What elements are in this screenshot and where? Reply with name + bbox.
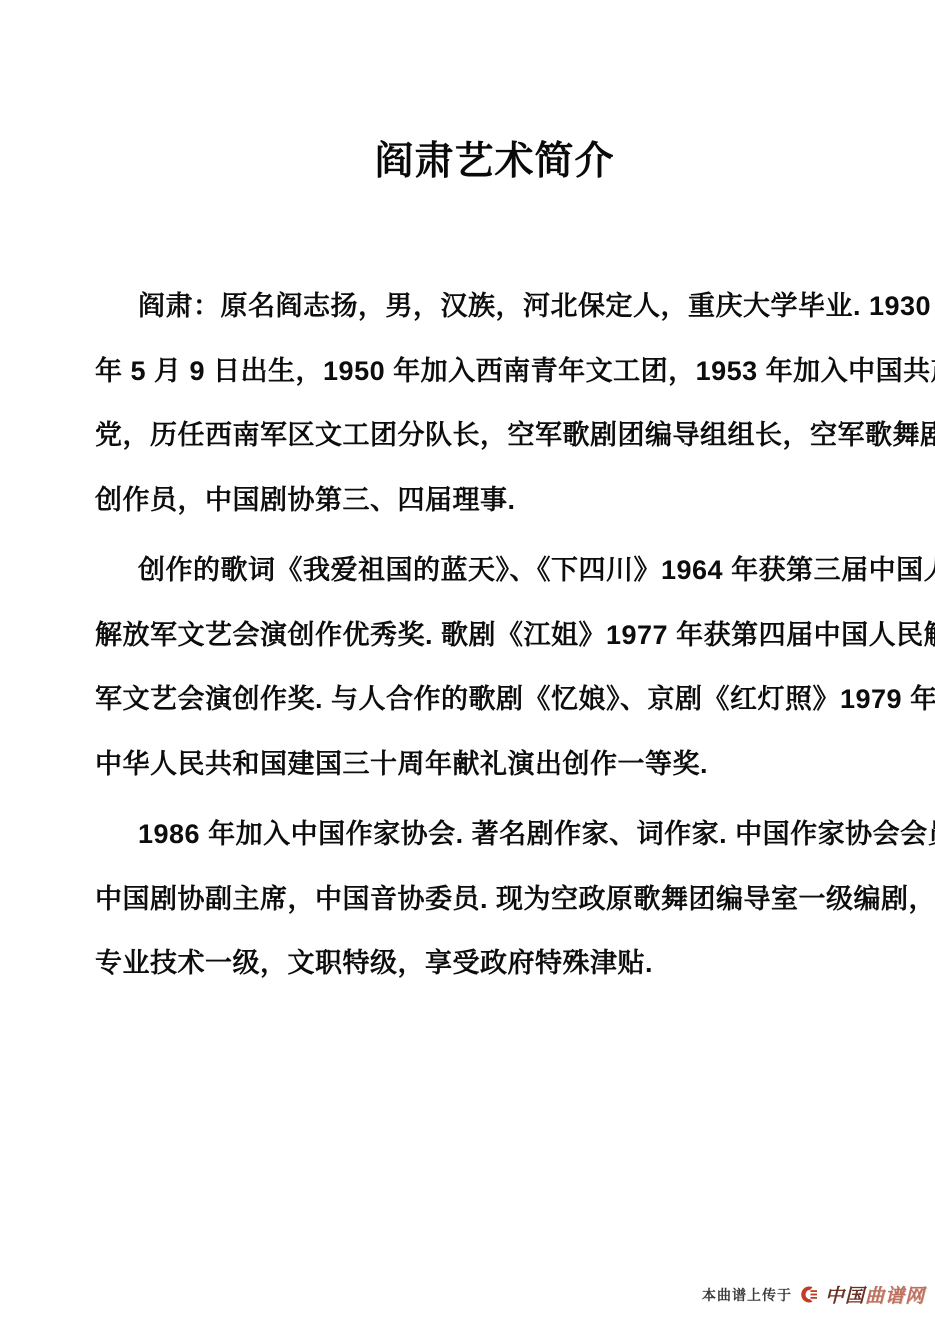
- watermark: 本曲谱上传于 中国曲谱网: [702, 1281, 925, 1308]
- music-score-site-logo-icon: [798, 1284, 819, 1305]
- text-line: 创作的歌词《我爱祖国的蓝天》、《下四川》1964 年获第三届中国人民: [95, 538, 865, 603]
- text-line: 专业技术一级，文职特级，享受政府特殊津贴.: [95, 931, 865, 996]
- document-page: 阎肃艺术简介 阎肃：原名阎志扬，男，汉族，河北保定人，重庆大学毕业. 1930 …: [0, 0, 935, 1320]
- text-line: 中国剧协副主席，中国音协委员. 现为空政原歌舞团编导室一级编剧，: [95, 867, 865, 932]
- text-line: 创作员，中国剧协第三、四届理事.: [95, 468, 865, 533]
- text-line: 阎肃：原名阎志扬，男，汉族，河北保定人，重庆大学毕业. 1930: [95, 274, 865, 339]
- document-title: 阎肃艺术简介: [27, 130, 935, 186]
- paragraph: 创作的歌词《我爱祖国的蓝天》、《下四川》1964 年获第三届中国人民 解放军文艺…: [95, 538, 865, 796]
- paragraph: 阎肃：原名阎志扬，男，汉族，河北保定人，重庆大学毕业. 1930 年 5 月 9…: [95, 274, 865, 532]
- watermark-prefix-label: 本曲谱上传于: [702, 1285, 792, 1305]
- text-line: 解放军文艺会演创作优秀奖. 歌剧《江姐》1977 年获第四届中国人民解放: [95, 603, 865, 668]
- paragraph: 1986 年加入中国作家协会. 著名剧作家、词作家. 中国作家协会会员， 中国剧…: [95, 802, 865, 996]
- text-line: 军文艺会演创作奖. 与人合作的歌剧《忆娘》、京剧《红灯照》1979 年获: [95, 667, 865, 732]
- text-line: 中华人民共和国建国三十周年献礼演出创作一等奖.: [95, 732, 865, 797]
- watermark-site-name: 中国曲谱网: [825, 1281, 925, 1308]
- text-line: 年 5 月 9 日出生，1950 年加入西南青年文工团，1953 年加入中国共产: [95, 339, 865, 404]
- text-line: 党，历任西南军区文工团分队长，空军歌剧团编导组组长，空军歌舞剧团: [95, 403, 865, 468]
- site-name-part1: 中国: [825, 1286, 865, 1307]
- text-line: 1986 年加入中国作家协会. 著名剧作家、词作家. 中国作家协会会员，: [95, 802, 865, 867]
- site-name-part2: 曲谱网: [865, 1286, 925, 1307]
- document-body: 阎肃：原名阎志扬，男，汉族，河北保定人，重庆大学毕业. 1930 年 5 月 9…: [95, 274, 865, 1002]
